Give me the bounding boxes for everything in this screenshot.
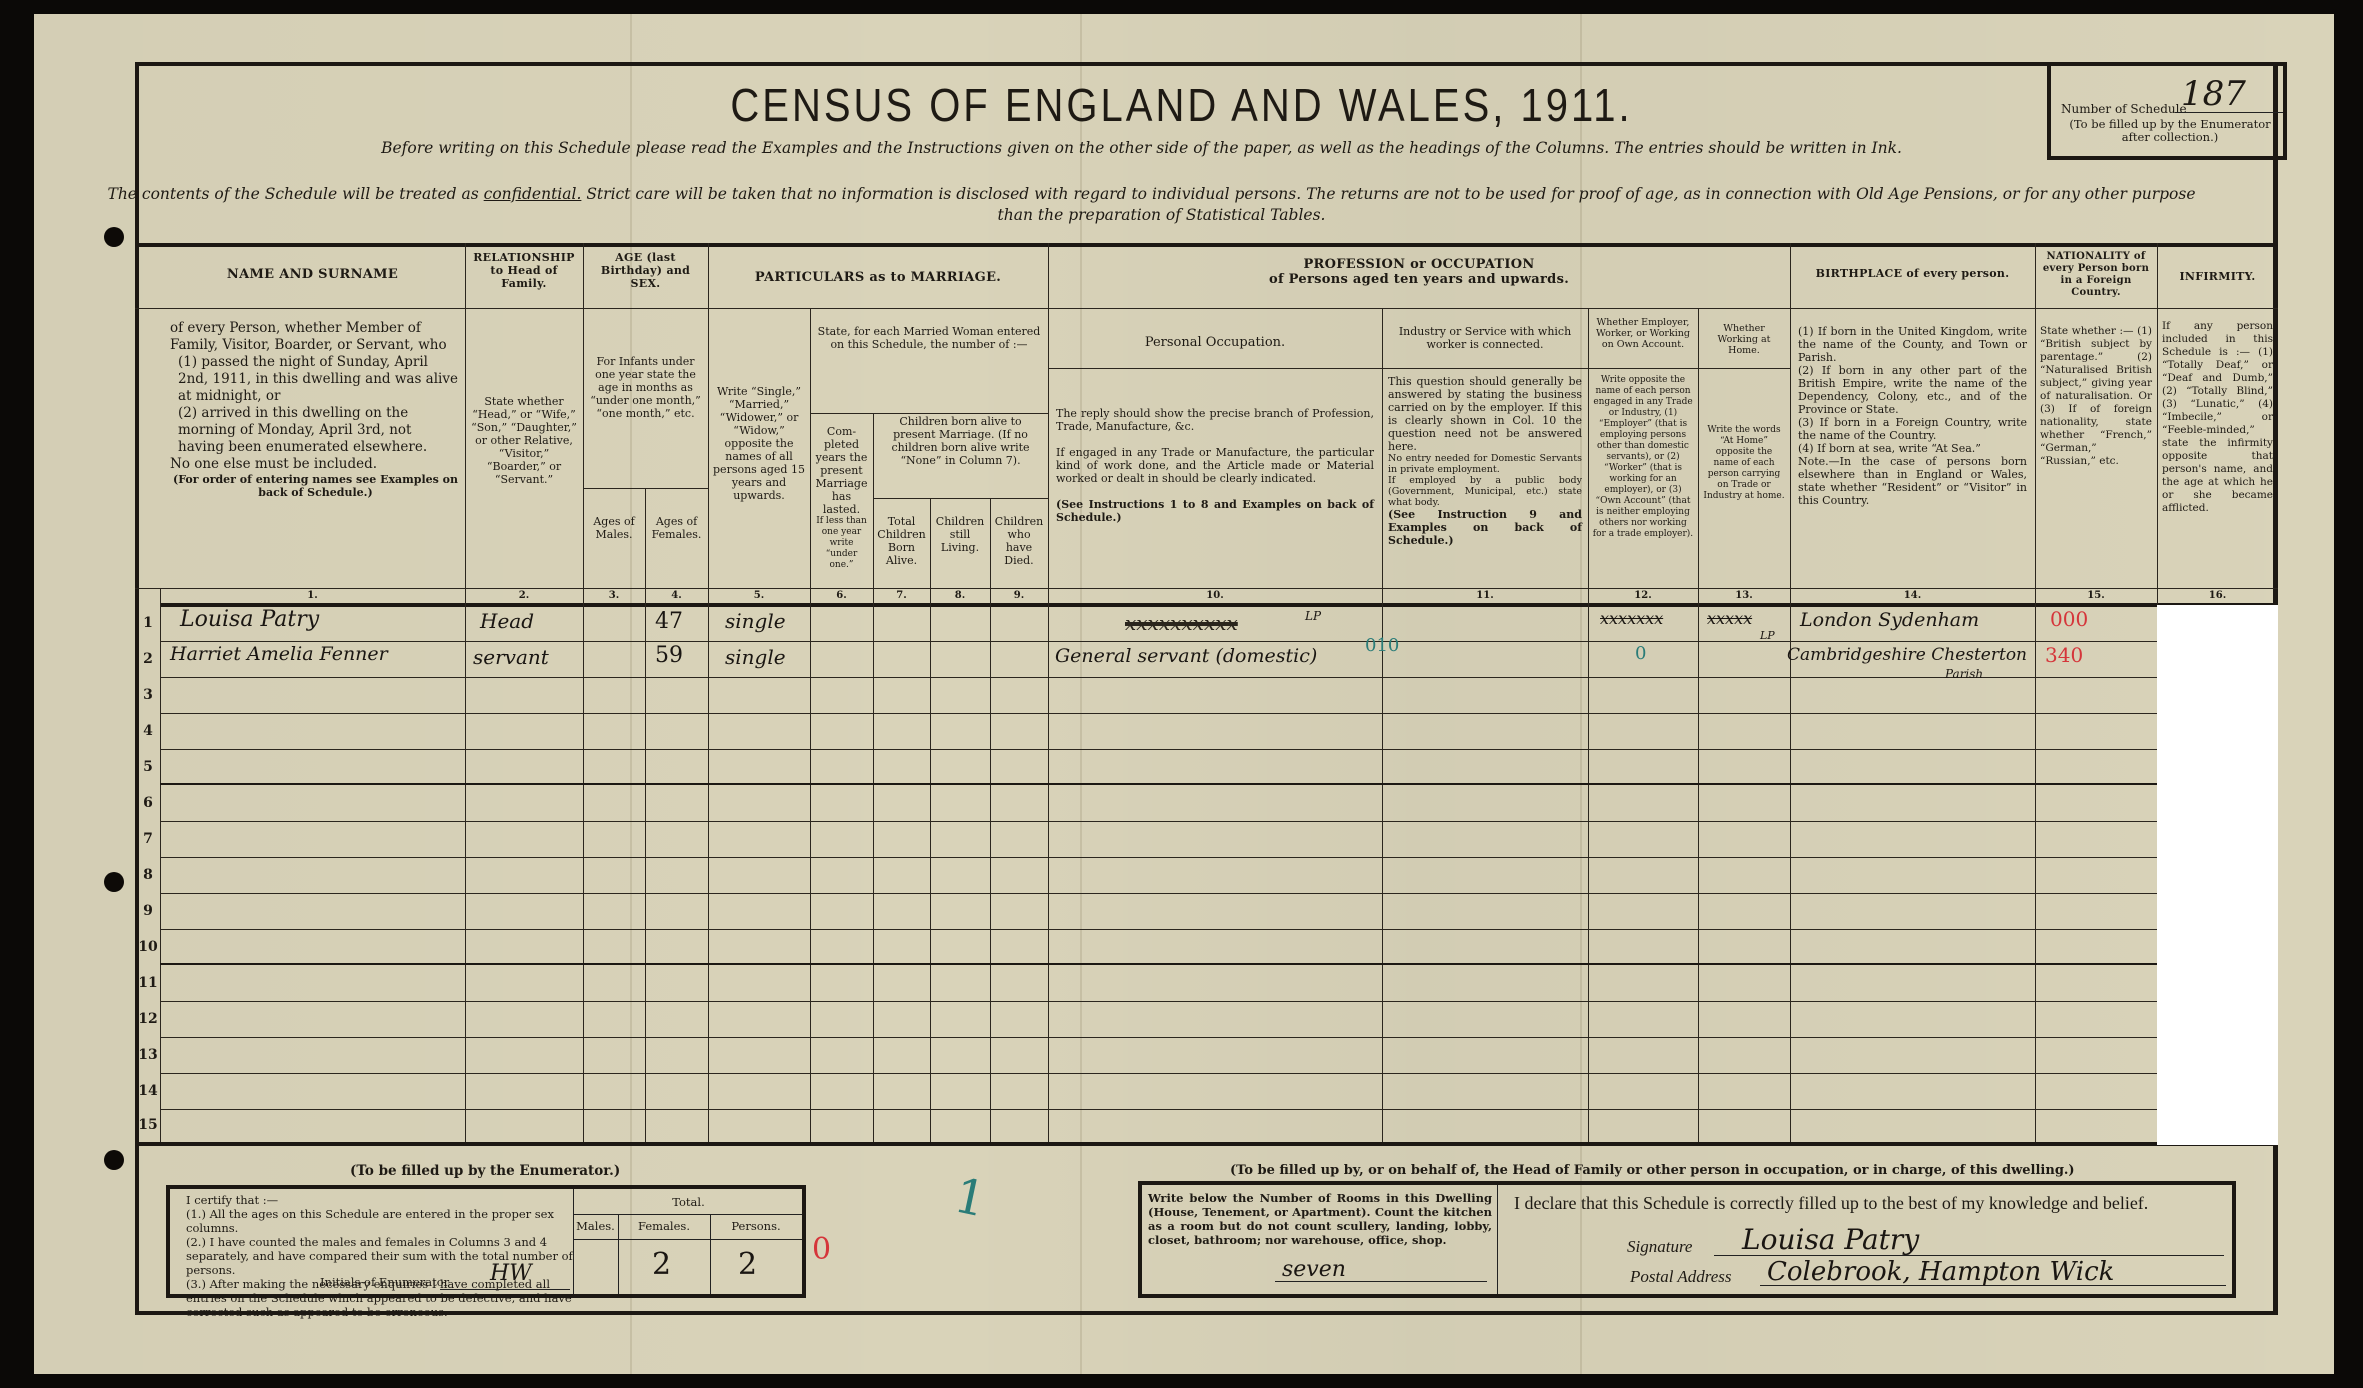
entry-at-home-mark: LP xyxy=(1760,629,1775,642)
header-c1-body: of every Person, whether Member of Famil… xyxy=(160,318,465,501)
total-females[interactable]: 2 xyxy=(652,1247,671,1282)
entry-age-female[interactable]: 59 xyxy=(655,643,683,668)
entry-marital[interactable]: single xyxy=(725,645,786,669)
column-number: 11. xyxy=(1382,590,1588,601)
entry-occupation-struck[interactable]: xxxxxxxxxx xyxy=(1125,611,1238,635)
header-divider xyxy=(135,308,2278,309)
males-label: Males. xyxy=(573,1219,618,1233)
header-children-born: Children born alive to present Marriage.… xyxy=(873,413,1048,469)
row-rule xyxy=(160,1001,2182,1002)
total-label: Total. xyxy=(575,1195,802,1209)
entry-nationality-code: 000 xyxy=(2050,607,2088,631)
persons-label: Persons. xyxy=(710,1219,802,1233)
total-persons[interactable]: 2 xyxy=(738,1247,757,1282)
header-children-died: Children who have Died. xyxy=(990,513,1048,569)
header-total-children: Total Children Born Alive. xyxy=(873,513,930,569)
confidentiality-notice-line2: than the preparation of Statistical Tabl… xyxy=(0,206,2343,224)
entry-relationship[interactable]: servant xyxy=(473,645,549,669)
header-marital-condition: Write “Single,” “Married,” “Widower,” or… xyxy=(708,383,810,504)
schedule-number-note: (To be filled up by the Enumerator after… xyxy=(2057,118,2283,144)
initials-rule xyxy=(440,1289,570,1290)
row-number: 1 xyxy=(137,615,159,631)
row-rule xyxy=(160,963,2182,965)
header-married-woman: State, for each Married Woman entered on… xyxy=(810,323,1048,353)
head-caption: (To be filled up by, or on behalf of, th… xyxy=(1230,1163,2075,1178)
total-rule xyxy=(573,1214,802,1215)
punch-hole-icon xyxy=(104,1150,124,1170)
age-sub-rule xyxy=(583,488,708,489)
row-number: 5 xyxy=(137,759,159,775)
header-c10-body: The reply should show the precise branch… xyxy=(1048,403,1382,528)
entry-nationality-code: 340 xyxy=(2045,643,2083,667)
header-children-living: Children still Living. xyxy=(930,513,990,556)
header-industry: Industry or Service with which worker is… xyxy=(1382,323,1588,353)
header-relationship-body: State whether “Head,” or “Wife,” “Son,” … xyxy=(465,393,583,488)
header-infirmity: INFIRMITY. xyxy=(2157,268,2278,285)
column-number: 15. xyxy=(2035,590,2157,601)
row-number: 9 xyxy=(137,903,159,919)
header-years-married: Com- pleted years the present Marriage h… xyxy=(810,423,873,573)
row-number: 10 xyxy=(137,939,159,955)
column-number: 5. xyxy=(708,590,810,601)
row-number: 15 xyxy=(137,1117,159,1133)
entry-at-home-struck[interactable]: xxxxx xyxy=(1707,609,1752,628)
redacted-infirmity-column xyxy=(2157,605,2278,1145)
header-age-body: For Infants under one year state the age… xyxy=(583,353,708,422)
column-number: 14. xyxy=(1790,590,2035,601)
schedule-number-value[interactable]: 187 xyxy=(2181,74,2246,114)
row-rule xyxy=(160,929,2182,930)
signature[interactable]: Louisa Patry xyxy=(1742,1223,1919,1256)
row-number: 6 xyxy=(137,795,159,811)
row-number: 11 xyxy=(137,975,159,991)
row-rule xyxy=(160,749,2182,750)
enumerator-certificate: I certify that :— (1.) All the ages on t… xyxy=(186,1193,578,1319)
column-number: 13. xyxy=(1698,590,1790,601)
row-rule xyxy=(160,1109,2182,1110)
column-number: 2. xyxy=(465,590,583,601)
header-c15-body: State whether :— (1) “British subject by… xyxy=(2035,323,2157,470)
total-rule xyxy=(573,1239,802,1240)
header-age-sex: AGE (last Birthday) and SEX. xyxy=(583,249,708,292)
column-number: 4. xyxy=(645,590,708,601)
row-number: 7 xyxy=(137,831,159,847)
col-divider xyxy=(645,488,646,1145)
row-rule xyxy=(160,1073,2182,1074)
row-number: 8 xyxy=(137,867,159,883)
children-sub-rule xyxy=(873,498,1048,499)
instruction-line: Before writing on this Schedule please r… xyxy=(0,139,2323,157)
rooms-count[interactable]: seven xyxy=(1282,1257,1346,1282)
entry-birthplace[interactable]: Cambridgeshire Chesterton xyxy=(1787,645,2027,665)
column-number: 8. xyxy=(930,590,990,601)
red-check-mark: 0 xyxy=(812,1232,831,1267)
column-number: 10. xyxy=(1048,590,1382,601)
header-relationship: RELATIONSHIP to Head of Family. xyxy=(465,249,583,292)
postal-address-label: Postal Address xyxy=(1630,1267,1732,1287)
row-number: 4 xyxy=(137,723,159,739)
header-c14-body: (1) If born in the United Kingdom, write… xyxy=(1790,323,2035,509)
col-divider xyxy=(1048,243,1049,1145)
head-box-divider xyxy=(1497,1185,1498,1294)
punch-hole-icon xyxy=(104,227,124,247)
row-rule xyxy=(160,783,2182,785)
header-nationality: NATIONALITY of every Person born in a Fo… xyxy=(2035,249,2157,301)
header-c13-body: Write the words “At Home” opposite the n… xyxy=(1698,423,1790,504)
column-number: 1. xyxy=(160,590,465,601)
rooms-instruction: Write below the Number of Rooms in this … xyxy=(1148,1191,1492,1247)
header-personal-occupation: Personal Occupation. xyxy=(1048,333,1382,352)
entry-employer-code: 0 xyxy=(1635,643,1646,664)
row-gutter-line xyxy=(160,588,161,1145)
column-number: 12. xyxy=(1588,590,1698,601)
enumerator-initials[interactable]: HW xyxy=(490,1261,532,1286)
column-number: 9. xyxy=(990,590,1048,601)
enumerator-caption: (To be filled up by the Enumerator.) xyxy=(350,1163,620,1179)
census-table: NAME AND SURNAME of every Person, whethe… xyxy=(135,243,2278,1145)
signature-label: Signature xyxy=(1627,1237,1692,1257)
schedule-number-label: Number of Schedule xyxy=(2061,102,2187,116)
header-name-and-surname: NAME AND SURNAME xyxy=(160,265,465,284)
punch-hole-icon xyxy=(104,872,124,892)
header-c12-body: Write opposite the name of each person e… xyxy=(1588,373,1698,542)
entry-employer-struck[interactable]: xxxxxxx xyxy=(1600,609,1663,628)
entry-relationship[interactable]: Head xyxy=(480,609,534,633)
confidential-word: confidential. xyxy=(484,185,582,203)
table-top-rule xyxy=(135,243,2278,247)
column-number: 7. xyxy=(873,590,930,601)
entry-age-female[interactable]: 47 xyxy=(655,609,683,634)
entry-name[interactable]: Louisa Patry xyxy=(180,607,319,632)
header-profession: PROFESSION or OCCUPATION of Persons aged… xyxy=(1048,255,1790,289)
col-divider xyxy=(465,243,466,1145)
header-c16-body: If any person included in this Schedule … xyxy=(2157,318,2278,517)
colnum-top-rule xyxy=(135,588,2278,589)
col-divider xyxy=(708,243,709,1145)
entry-birthplace[interactable]: London Sydenham xyxy=(1800,609,1979,631)
postal-address[interactable]: Colebrook, Hampton Wick xyxy=(1767,1257,2114,1287)
entry-name[interactable]: Harriet Amelia Fenner xyxy=(170,643,388,665)
entry-occupation-mark: LP xyxy=(1305,609,1321,623)
females-label: Females. xyxy=(618,1219,710,1233)
row-number: 3 xyxy=(137,687,159,703)
header-working-at-home: Whether Working at Home. xyxy=(1698,321,1790,358)
row-rule xyxy=(160,821,2182,822)
occupation-sub-rule xyxy=(1048,368,1790,369)
enumerator-initials-label: Initials of Enumerator xyxy=(320,1275,449,1289)
row-rule xyxy=(160,857,2182,858)
row-number: 13 xyxy=(137,1047,159,1063)
header-employer-worker: Whether Employer, Worker, or Working on … xyxy=(1588,315,1698,352)
entry-occupation-code: 010 xyxy=(1365,635,1399,656)
header-ages-of-males: Ages of Males. xyxy=(583,513,645,543)
entry-birthplace-line2: Parish xyxy=(1945,667,1983,681)
header-c11-body: This question should generally be answer… xyxy=(1382,373,1588,549)
column-number: 6. xyxy=(810,590,873,601)
header-birthplace: BIRTHPLACE of every person. xyxy=(1790,265,2035,282)
schedule-number-box: Number of Schedule 187 (To be filled up … xyxy=(2047,62,2287,160)
page-title: CENSUS OF ENGLAND AND WALES, 1911. xyxy=(0,81,2363,133)
row-number: 2 xyxy=(137,651,159,667)
entry-occupation[interactable]: General servant (domestic) xyxy=(1055,645,1317,667)
row-rule xyxy=(160,1037,2182,1038)
header-marriage: PARTICULARS as to MARRIAGE. xyxy=(708,268,1048,287)
row-number: 14 xyxy=(137,1083,159,1099)
column-number: 3. xyxy=(583,590,645,601)
header-ages-of-females: Ages of Females. xyxy=(645,513,708,543)
entry-marital[interactable]: single xyxy=(725,609,786,633)
table-bottom-rule xyxy=(135,1142,2278,1146)
row-number: 12 xyxy=(137,1011,159,1027)
row-rule xyxy=(160,893,2182,894)
row-rule xyxy=(160,713,2182,714)
certificate-divider xyxy=(573,1189,574,1294)
row-rule xyxy=(160,677,2182,678)
enumerator-certificate-box: I certify that :— (1.) All the ages on t… xyxy=(166,1185,806,1298)
colnum-bottom-rule xyxy=(160,603,2278,607)
column-number: 16. xyxy=(2157,590,2278,601)
declaration-text: I declare that this Schedule is correctl… xyxy=(1514,1193,2148,1214)
confidentiality-notice: The contents of the Schedule will be tre… xyxy=(0,185,2333,203)
head-declaration-box: Write below the Number of Rooms in this … xyxy=(1138,1181,2236,1298)
row-rule xyxy=(160,641,2182,642)
